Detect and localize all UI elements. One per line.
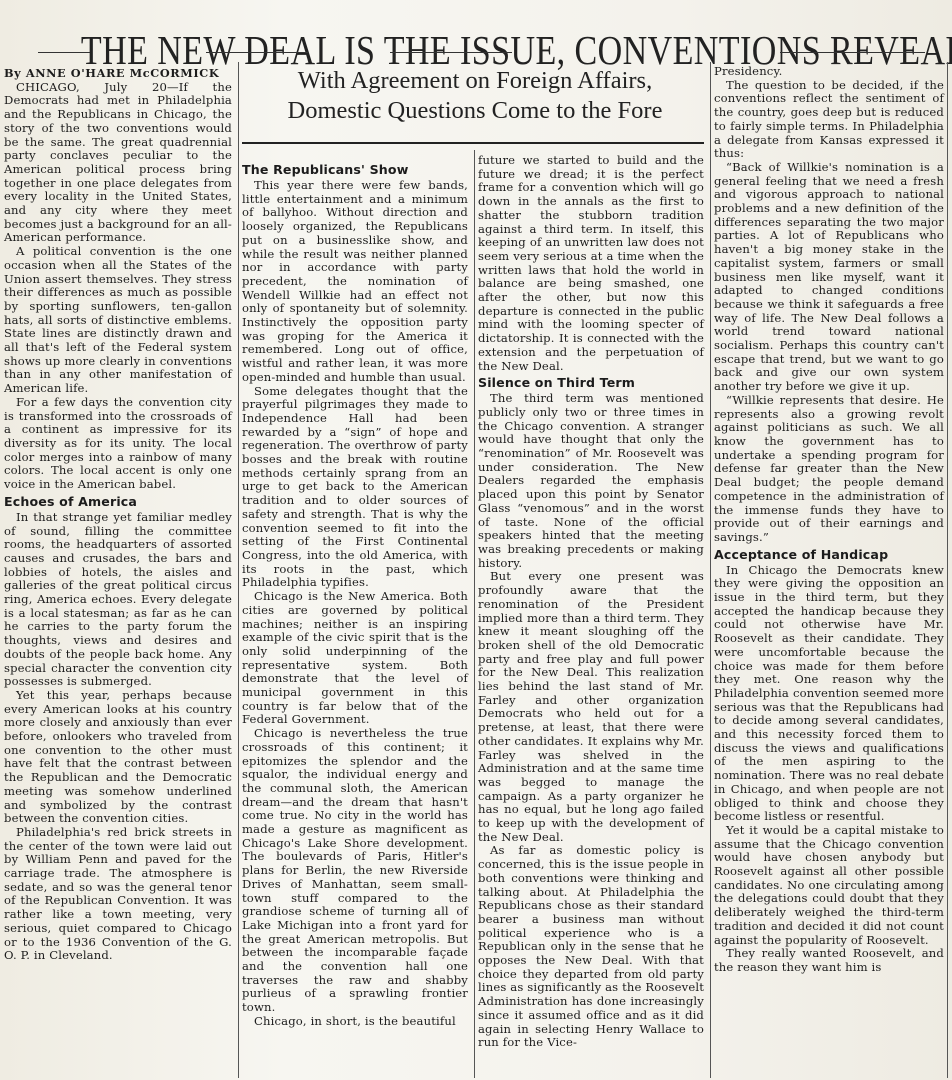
paragraph: They really wanted Roosevelt, and the re… [714,947,944,974]
paragraph: Chicago is nevertheless the true crossro… [242,727,468,1015]
subheading: The Republicans' Show [242,162,468,178]
subheading: Silence on Third Term [478,375,704,391]
paragraph: Yet it would be a capital mistake to ass… [714,824,944,947]
paragraph: CHICAGO, July 20—If the Democrats had me… [4,81,232,245]
paragraph: The question to be decided, if the conve… [714,79,944,161]
paragraph: “Willkie represents that desire. He repr… [714,394,944,545]
paragraph: Yet this year, perhaps because every Ame… [4,689,232,826]
page-edge-right [947,62,948,1078]
column-1: By ANNE O'HARE McCORMICK CHICAGO, July 2… [4,67,232,963]
column-divider-1 [238,62,239,1078]
paragraph: For a few days the convention city is tr… [4,396,232,492]
paragraph: A political convention is the one occasi… [4,245,232,396]
column-2: The Republicans' Show This year there we… [242,160,468,1029]
paragraph: future we started to build and the futur… [478,154,704,373]
paragraph: Chicago is the New America. Both cities … [242,590,468,727]
paragraph: Some delegates thought that the prayerfu… [242,385,468,591]
paragraph: In that strange yet familiar medley of s… [4,511,232,689]
headline-rule-far-right [780,52,925,53]
deck-rule [242,142,704,144]
paragraph: The third term was mentioned publicly on… [478,392,704,570]
paragraph: This year there were few bands, little e… [242,179,468,385]
deck-headline: With Agreement on Foreign Affairs, Domes… [244,66,706,126]
paragraph: “Back of Willkie's nomination is a gener… [714,161,944,394]
paragraph: But every one present was profoundly awa… [478,570,704,844]
subheading: Echoes of America [4,494,232,510]
paragraph: As far as domestic policy is concerned, … [478,844,704,1050]
column-divider-2 [474,150,475,1078]
column-4: Presidency. The question to be decided, … [714,65,944,975]
paragraph: Presidency. [714,65,944,79]
column-3: future we started to build and the futur… [478,154,704,1050]
paragraph: Philadelphia's red brick streets in the … [4,826,232,963]
paragraph: Chicago, in short, is the beautiful [242,1015,468,1029]
newspaper-page: THE NEW DEAL IS THE ISSUE, CONVENTIONS R… [0,0,952,1080]
deck-line-1: With Agreement on Foreign Affairs, [244,66,706,96]
byline: By ANNE O'HARE McCORMICK [4,67,232,81]
subheading: Acceptance of Handicap [714,547,944,563]
headline-rule-center [206,52,308,53]
headline-rule-right [390,52,512,53]
deck-line-2: Domestic Questions Come to the Fore [244,96,706,126]
paragraph: In Chicago the Democrats knew they were … [714,564,944,824]
column-divider-3 [710,62,711,1078]
headline-rule-left [38,52,90,53]
